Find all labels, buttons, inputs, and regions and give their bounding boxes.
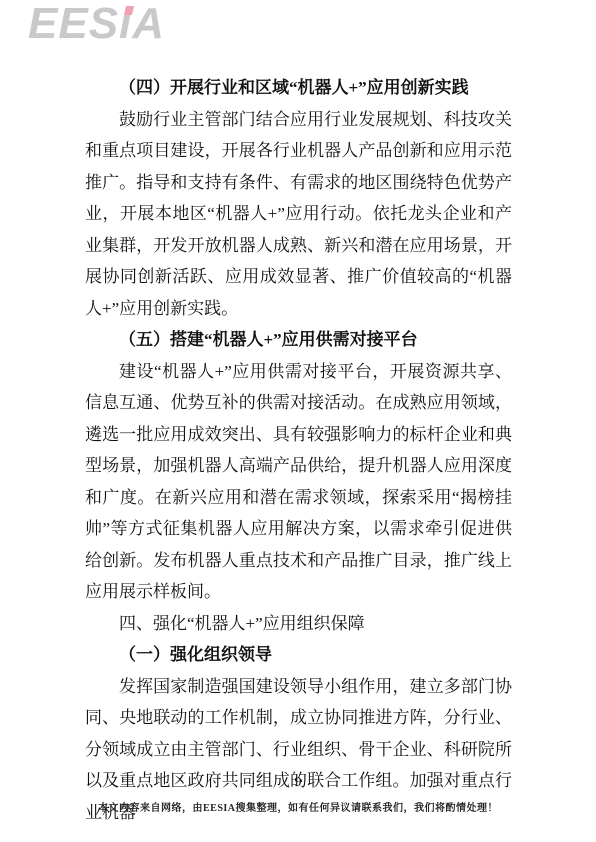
page-number: 9 [0, 775, 596, 791]
chapter-heading-four: 四、强化“机器人+”应用组织保障 [85, 608, 512, 640]
section-heading-yi: （一）强化组织领导 [85, 639, 512, 671]
document-body: （四）开展行业和区域“机器人+”应用创新实践 鼓励行业主管部门结合应用行业发展规… [85, 72, 512, 828]
paragraph-supply-demand-platform: 建设“机器人+”应用供需对接平台，开展资源共享、信息互通、优势互补的供需对接活动… [85, 356, 512, 608]
footer-disclaimer: 本文内容来自网络，由EESIA搜集整理，如有任何异议请联系我们，我们将酌情处理！ [0, 799, 596, 814]
eesia-logo: EESıA [28, 2, 165, 46]
document-page: EESıA （四）开展行业和区域“机器人+”应用创新实践 鼓励行业主管部门结合应… [0, 0, 596, 842]
logo-text-right: A [132, 0, 165, 48]
logo-letter-i: ı [119, 2, 132, 46]
section-heading-si: （四）开展行业和区域“机器人+”应用创新实践 [85, 72, 512, 104]
logo-text-left: EES [28, 0, 119, 48]
section-heading-wu: （五）搭建“机器人+”应用供需对接平台 [85, 324, 512, 356]
paragraph-innovation-practice: 鼓励行业主管部门结合应用行业发展规划、科技攻关和重点项目建设，开展各行业机器人产… [85, 104, 512, 325]
